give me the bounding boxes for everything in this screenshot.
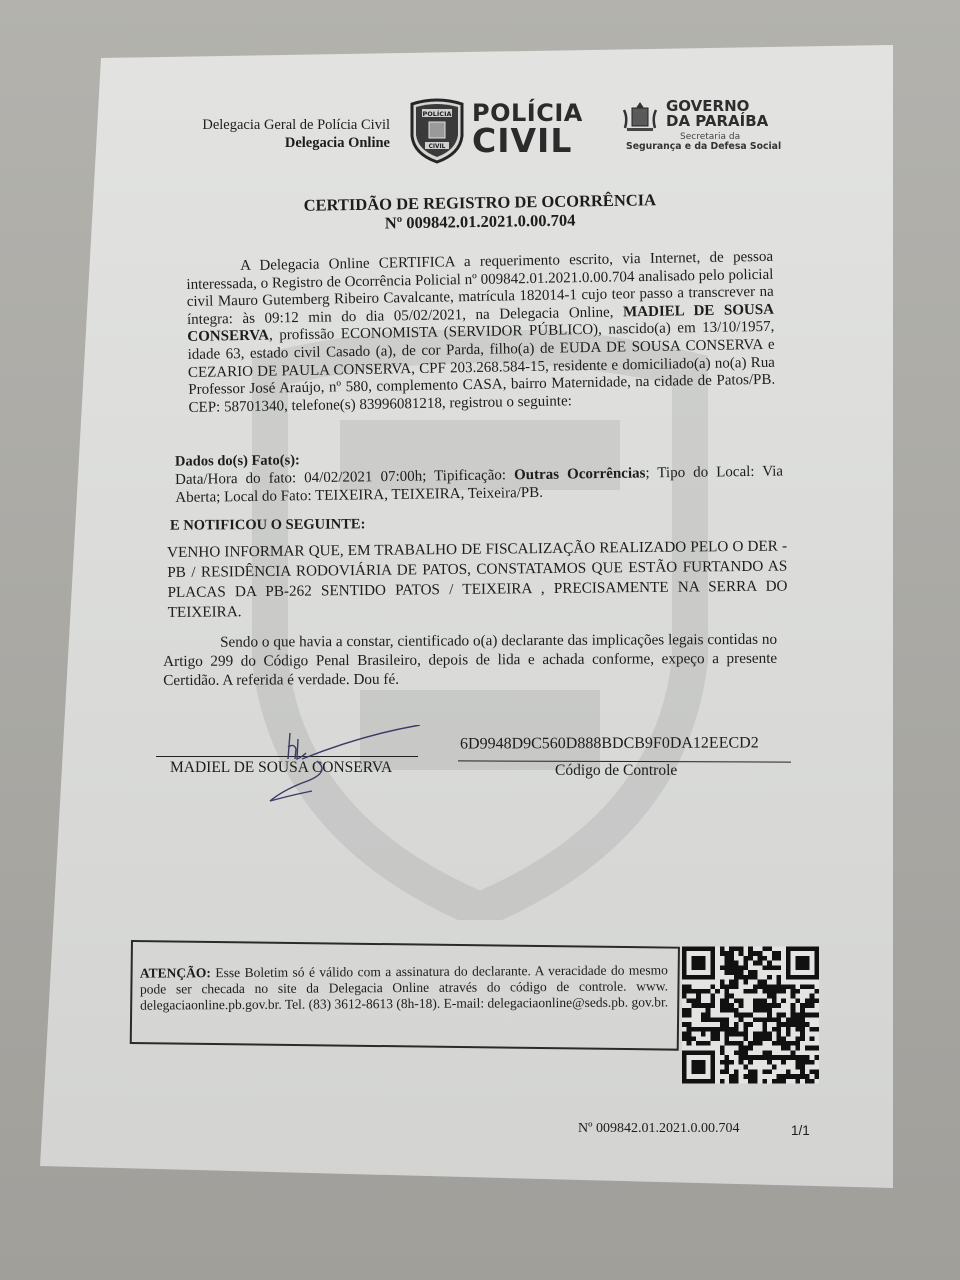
notification-heading: E NOTIFICOU O SEGUINTE: xyxy=(170,516,366,534)
svg-text:CIVIL: CIVIL xyxy=(429,144,446,150)
attention-notice: ATENÇÃO: Esse Boletim só é válido com a … xyxy=(140,962,668,1013)
control-code: 6D9948D9C560D888BDCB9F0DA12EECD2 xyxy=(460,734,759,753)
footer-document-number: Nº 009842.01.2021.0.00.704 xyxy=(578,1121,739,1137)
police-shield-watermark-icon xyxy=(230,330,730,920)
police-badge-icon: POLÍCIA CIVIL xyxy=(408,98,466,164)
qr-code-icon xyxy=(682,943,819,1087)
control-code-label: Código de Controle xyxy=(555,762,677,780)
page-number: 1/1 xyxy=(791,1123,810,1138)
facts-heading: Dados do(s) Fato(s): xyxy=(175,452,300,470)
notification-text: VENHO INFORMAR QUE, EM TRABALHO DE FISCA… xyxy=(167,537,788,623)
document-title: CERTIDÃO DE REGISTRO DE OCORRÊNCIA Nº 00… xyxy=(280,190,681,234)
svg-text:POLÍCIA: POLÍCIA xyxy=(422,109,451,118)
certificate-document: Delegacia Geral de Polícia Civil Delegac… xyxy=(0,0,960,1280)
typification: Outras Ocorrências xyxy=(514,465,646,483)
handwritten-signature xyxy=(262,725,422,810)
agency-header: Delegacia Geral de Polícia Civil Delegac… xyxy=(170,116,390,152)
government-logo-text: GOVERNO DA PARAÍBA xyxy=(666,99,768,129)
secretariat-name: Segurança e da Defesa Social xyxy=(626,141,781,152)
attention-label: ATENÇÃO: xyxy=(140,965,211,980)
agency-name: Delegacia Geral de Polícia Civil xyxy=(170,116,390,134)
policia-civil-logo: POLÍCIA CIVIL xyxy=(472,100,583,156)
coat-of-arms-icon xyxy=(622,100,658,134)
agency-unit: Delegacia Online xyxy=(170,134,390,152)
closing-paragraph: Sendo o que havia a constar, cientificad… xyxy=(163,630,777,690)
certification-paragraph: A Delegacia Online CERTIFICA a requerime… xyxy=(186,249,776,418)
